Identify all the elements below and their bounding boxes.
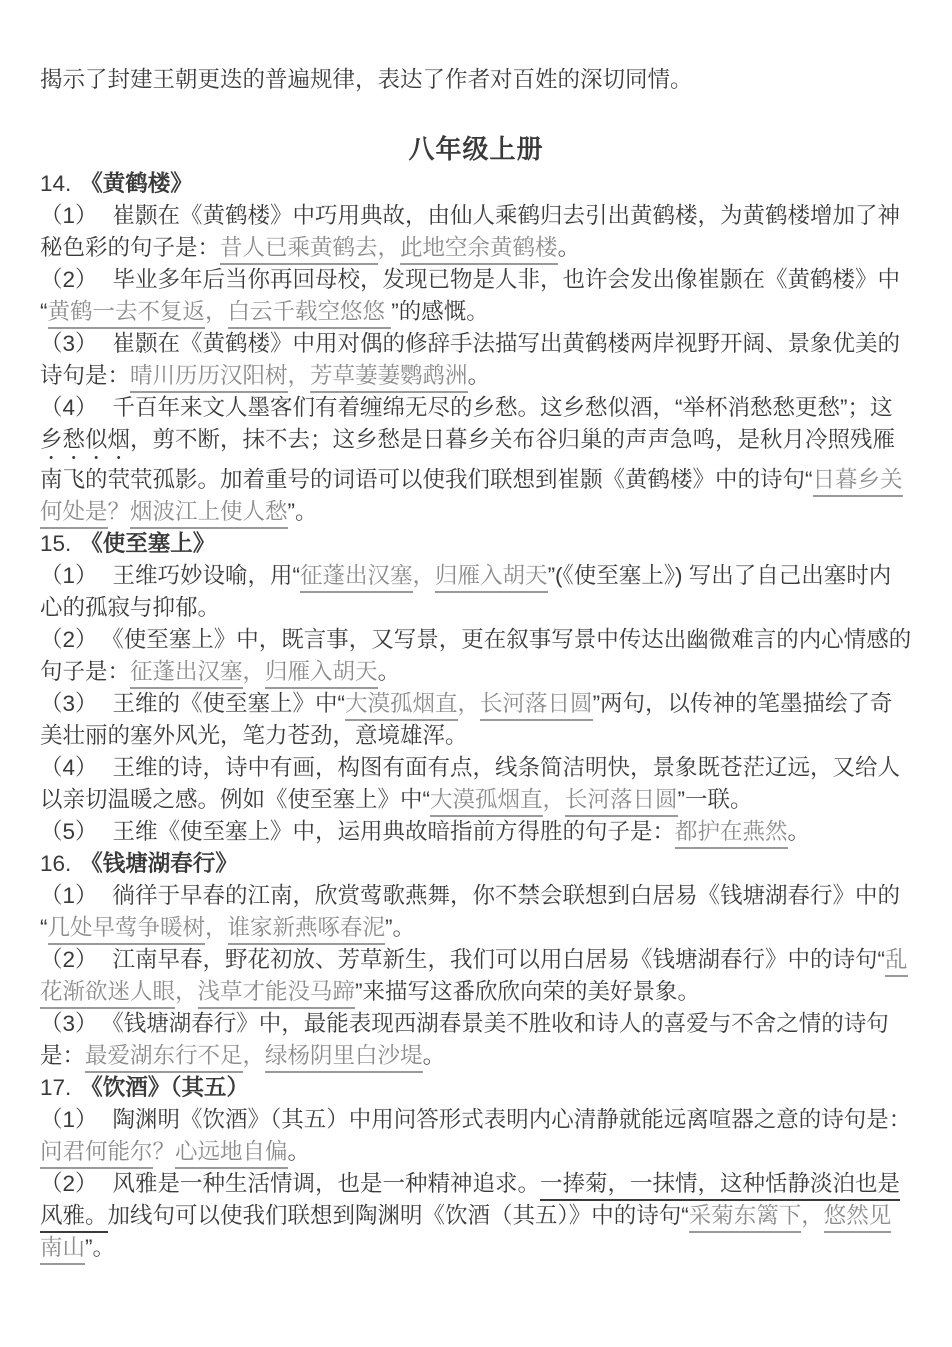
item-label: （2） [40,267,98,292]
intro-paragraph: 揭示了封建王朝更迭的普遍规律，表达了作者对百姓的深切同情。 [40,64,912,96]
section-title: 《使至塞上》 [80,531,215,556]
text-segment: ，剪不断，抹不去；这乡愁是日暮乡关布谷归巢的声声急鸣，是秋月冷照残雁南飞的茕茕孤… [40,427,895,492]
text-segment: ”一联。 [678,787,753,812]
item-label: （1） [40,1107,98,1132]
sections-container: 14.《黄鹤楼》（1）崔颢在《黄鹤楼》中巧用典故，由仙人乘鹤归去引出黄鹤楼，为黄… [40,168,912,1264]
item-label: （3） [40,331,98,356]
answer-quote: 黄鹤一去不复返 [48,299,206,329]
item-paragraph: （1）崔颢在《黄鹤楼》中巧用典故，由仙人乘鹤归去引出黄鹤楼，为黄鹤楼增加了神秘色… [40,200,912,264]
answer-quote: 烟波江上使人愁 [130,499,288,529]
item-paragraph: （1）陶渊明《饮酒》（其五）中用问答形式表明内心清静就能远离喧器之意的诗句是：问… [40,1104,912,1168]
item-paragraph: （4）千百年来文人墨客们有着缠绵无尽的乡愁。这乡愁似酒，“举杯消愁愁更愁”；这乡… [40,392,912,528]
answer-quote: 都护在燕然 [675,819,788,849]
text-segment: 。 [423,1043,446,1068]
item-paragraph: （1）王维巧妙设喻，用“征蓬出汉塞，归雁入胡天”(《使至塞上》) 写出了自己出塞… [40,560,912,624]
text-segment: 千百年来文人墨客们有着缠绵无尽的乡愁。这乡愁似酒，“举杯消愁愁更愁”；这 [113,395,893,420]
item-label: （4） [40,755,98,780]
answer-quote: 问君何能尔 [40,1139,153,1169]
answer-quote: 几处早莺争暖树 [48,915,206,945]
quote-punctuation: ， [243,659,266,684]
answer-quote: 谁家新燕啄春泥 [228,915,386,945]
section-title: 《饮酒》（其五） [80,1075,249,1100]
item-paragraph: （5）王维《使至塞上》中，运用典故暗指前方得胜的句子是：都护在燕然。 [40,816,912,848]
item-paragraph: （2）风雅是一种生活情调，也是一种精神追求。一捧菊，一抹情，这种恬静淡泊也是风雅… [40,1168,912,1264]
section-number: 15. [40,531,71,556]
text-segment: 。 [788,819,811,844]
text-segment: 。 [288,1139,311,1164]
text-segment: 王维巧妙设喻，用“ [113,563,301,588]
item-paragraph: （4）王维的诗，诗中有画，构图有面有点，线条简洁明快，景象既苍茫辽远，又给人以亲… [40,752,912,816]
item-paragraph: （1）徜徉于早春的江南，欣赏莺歌燕舞，你不禁会联想到白居易《钱塘湖春行》中的“几… [40,880,912,944]
item-paragraph: （2）江南早春，野花初放、芳草新生，我们可以用白居易《钱塘湖春行》中的诗句“乱花… [40,944,912,1008]
quote-punctuation: ， [801,1203,824,1228]
answer-quote: 征蓬出汉塞 [300,563,413,593]
item-paragraph: （2）毕业多年后当你再回母校，发现已物是人非，也许会发出像崔颢在《黄鹤楼》中“黄… [40,264,912,328]
quote-punctuation: ？ [153,1139,176,1164]
text-segment: ”来描写这番欣欣向荣的美好景象。 [355,979,700,1004]
item-label: （2） [40,627,98,652]
answer-quote: 浅草才能没马蹄 [198,979,356,1009]
quote-punctuation: ， [413,563,436,588]
item-paragraph: （3）崔颢在《黄鹤楼》中用对偶的修辞手法描写出黄鹤楼两岸视野开阔、景象优美的诗句… [40,328,912,392]
text-segment: ”。 [385,915,415,940]
section-title: 《钱塘湖春行》 [80,851,238,876]
quote-punctuation: ， [205,299,228,324]
section-header: 14.《黄鹤楼》 [40,168,912,200]
item-paragraph: （3）王维的《使至塞上》中“大漠孤烟直，长河落日圆”两句，以传神的笔墨描绘了奇美… [40,688,912,752]
answer-quote: 昔人已乘黄鹤去 [220,235,378,265]
item-label: （1） [40,563,98,588]
item-label: （3） [40,1011,98,1036]
text-segment: 王维《使至塞上》中，运用典故暗指前方得胜的句子是： [113,819,676,844]
document-page: 揭示了封建王朝更迭的普遍规律，表达了作者对百姓的深切同情。 八年级上册 14.《… [0,0,952,1347]
emphasized-words: 乡愁似烟 [40,427,130,452]
item-label: （1） [40,883,98,908]
item-label: （2） [40,1171,98,1196]
quote-punctuation: ， [205,915,228,940]
section-title: 《黄鹤楼》 [80,171,193,196]
text-segment: 。 [558,235,581,260]
item-label: （2） [40,947,98,972]
text-segment: 。 [468,363,491,388]
answer-quote: 归雁入胡天 [265,659,378,689]
item-label: （4） [40,395,98,420]
answer-quote: 大漠孤烟直 [345,691,458,721]
text-segment: ”。 [288,499,318,524]
section-14: 14.《黄鹤楼》（1）崔颢在《黄鹤楼》中巧用典故，由仙人乘鹤归去引出黄鹤楼，为黄… [40,168,912,528]
page-title: 八年级上册 [40,132,912,166]
section-number: 14. [40,171,71,196]
answer-quote: 归雁入胡天 [435,563,548,593]
item-label: （1） [40,203,98,228]
quote-punctuation: ， [288,363,311,388]
text-segment: 加线句可以使我们联想到陶渊明《饮酒（其五）》中的诗句“ [108,1203,689,1228]
answer-quote: 长河落日圆 [480,691,593,721]
quote-punctuation: ？ [108,499,131,524]
answer-quote: 心远地自偏 [175,1139,288,1169]
item-paragraph: （3）《钱塘湖春行》中，最能表现西湖春景美不胜收和诗人的喜爱与不舍之情的诗句是：… [40,1008,912,1072]
answer-quote: 晴川历历汉阳树 [130,363,288,393]
section-number: 16. [40,851,71,876]
section-number: 17. [40,1075,71,1100]
text-segment: 。 [378,659,401,684]
text-segment: 陶渊明《饮酒》（其五）中用问答形式表明内心清静就能远离喧器之意的诗句是： [113,1107,912,1132]
section-17: 17.《饮酒》（其五）（1）陶渊明《饮酒》（其五）中用问答形式表明内心清静就能远… [40,1072,912,1264]
text-segment: 风雅是一种生活情调，也是一种精神追求。 [113,1171,541,1196]
section-header: 15.《使至塞上》 [40,528,912,560]
item-paragraph: （2）《使至塞上》中，既言事，又写景，更在叙事写景中传达出幽微难言的内心情感的句… [40,624,912,688]
quote-punctuation: ， [175,979,198,1004]
answer-quote: 芳草萋萋鹦鹉洲 [310,363,468,393]
answer-quote: 最爱湖东行不足 [85,1043,243,1073]
answer-quote: 征蓬出汉塞 [130,659,243,689]
answer-quote: 此地空余黄鹤楼 [400,235,558,265]
item-label: （3） [40,691,98,716]
quote-punctuation: ， [378,235,401,260]
quote-punctuation: ， [458,691,481,716]
text-segment: 王维的《使至塞上》中“ [113,691,346,716]
answer-quote: 绿杨阴里白沙堤 [265,1043,423,1073]
section-16: 16.《钱塘湖春行》（1）徜徉于早春的江南，欣赏莺歌燕舞，你不禁会联想到白居易《… [40,848,912,1072]
answer-quote: 长河落日圆 [565,787,678,817]
item-label: （5） [40,819,98,844]
answer-quote: 大漠孤烟直 [430,787,543,817]
answer-quote: 白云千载空悠悠 [228,299,392,329]
answer-quote: 采菊东篱下 [689,1203,802,1233]
quote-punctuation: ， [543,787,566,812]
section-header: 17.《饮酒》（其五） [40,1072,912,1104]
quote-punctuation: ， [243,1043,266,1068]
text-segment: ”。 [85,1235,115,1260]
section-15: 15.《使至塞上》（1）王维巧妙设喻，用“征蓬出汉塞，归雁入胡天”(《使至塞上》… [40,528,912,848]
text-segment: ”的感慨。 [391,299,489,324]
section-header: 16.《钱塘湖春行》 [40,848,912,880]
text-segment: 江南早春，野花初放、芳草新生，我们可以用白居易《钱塘湖春行》中的诗句“ [113,947,886,972]
